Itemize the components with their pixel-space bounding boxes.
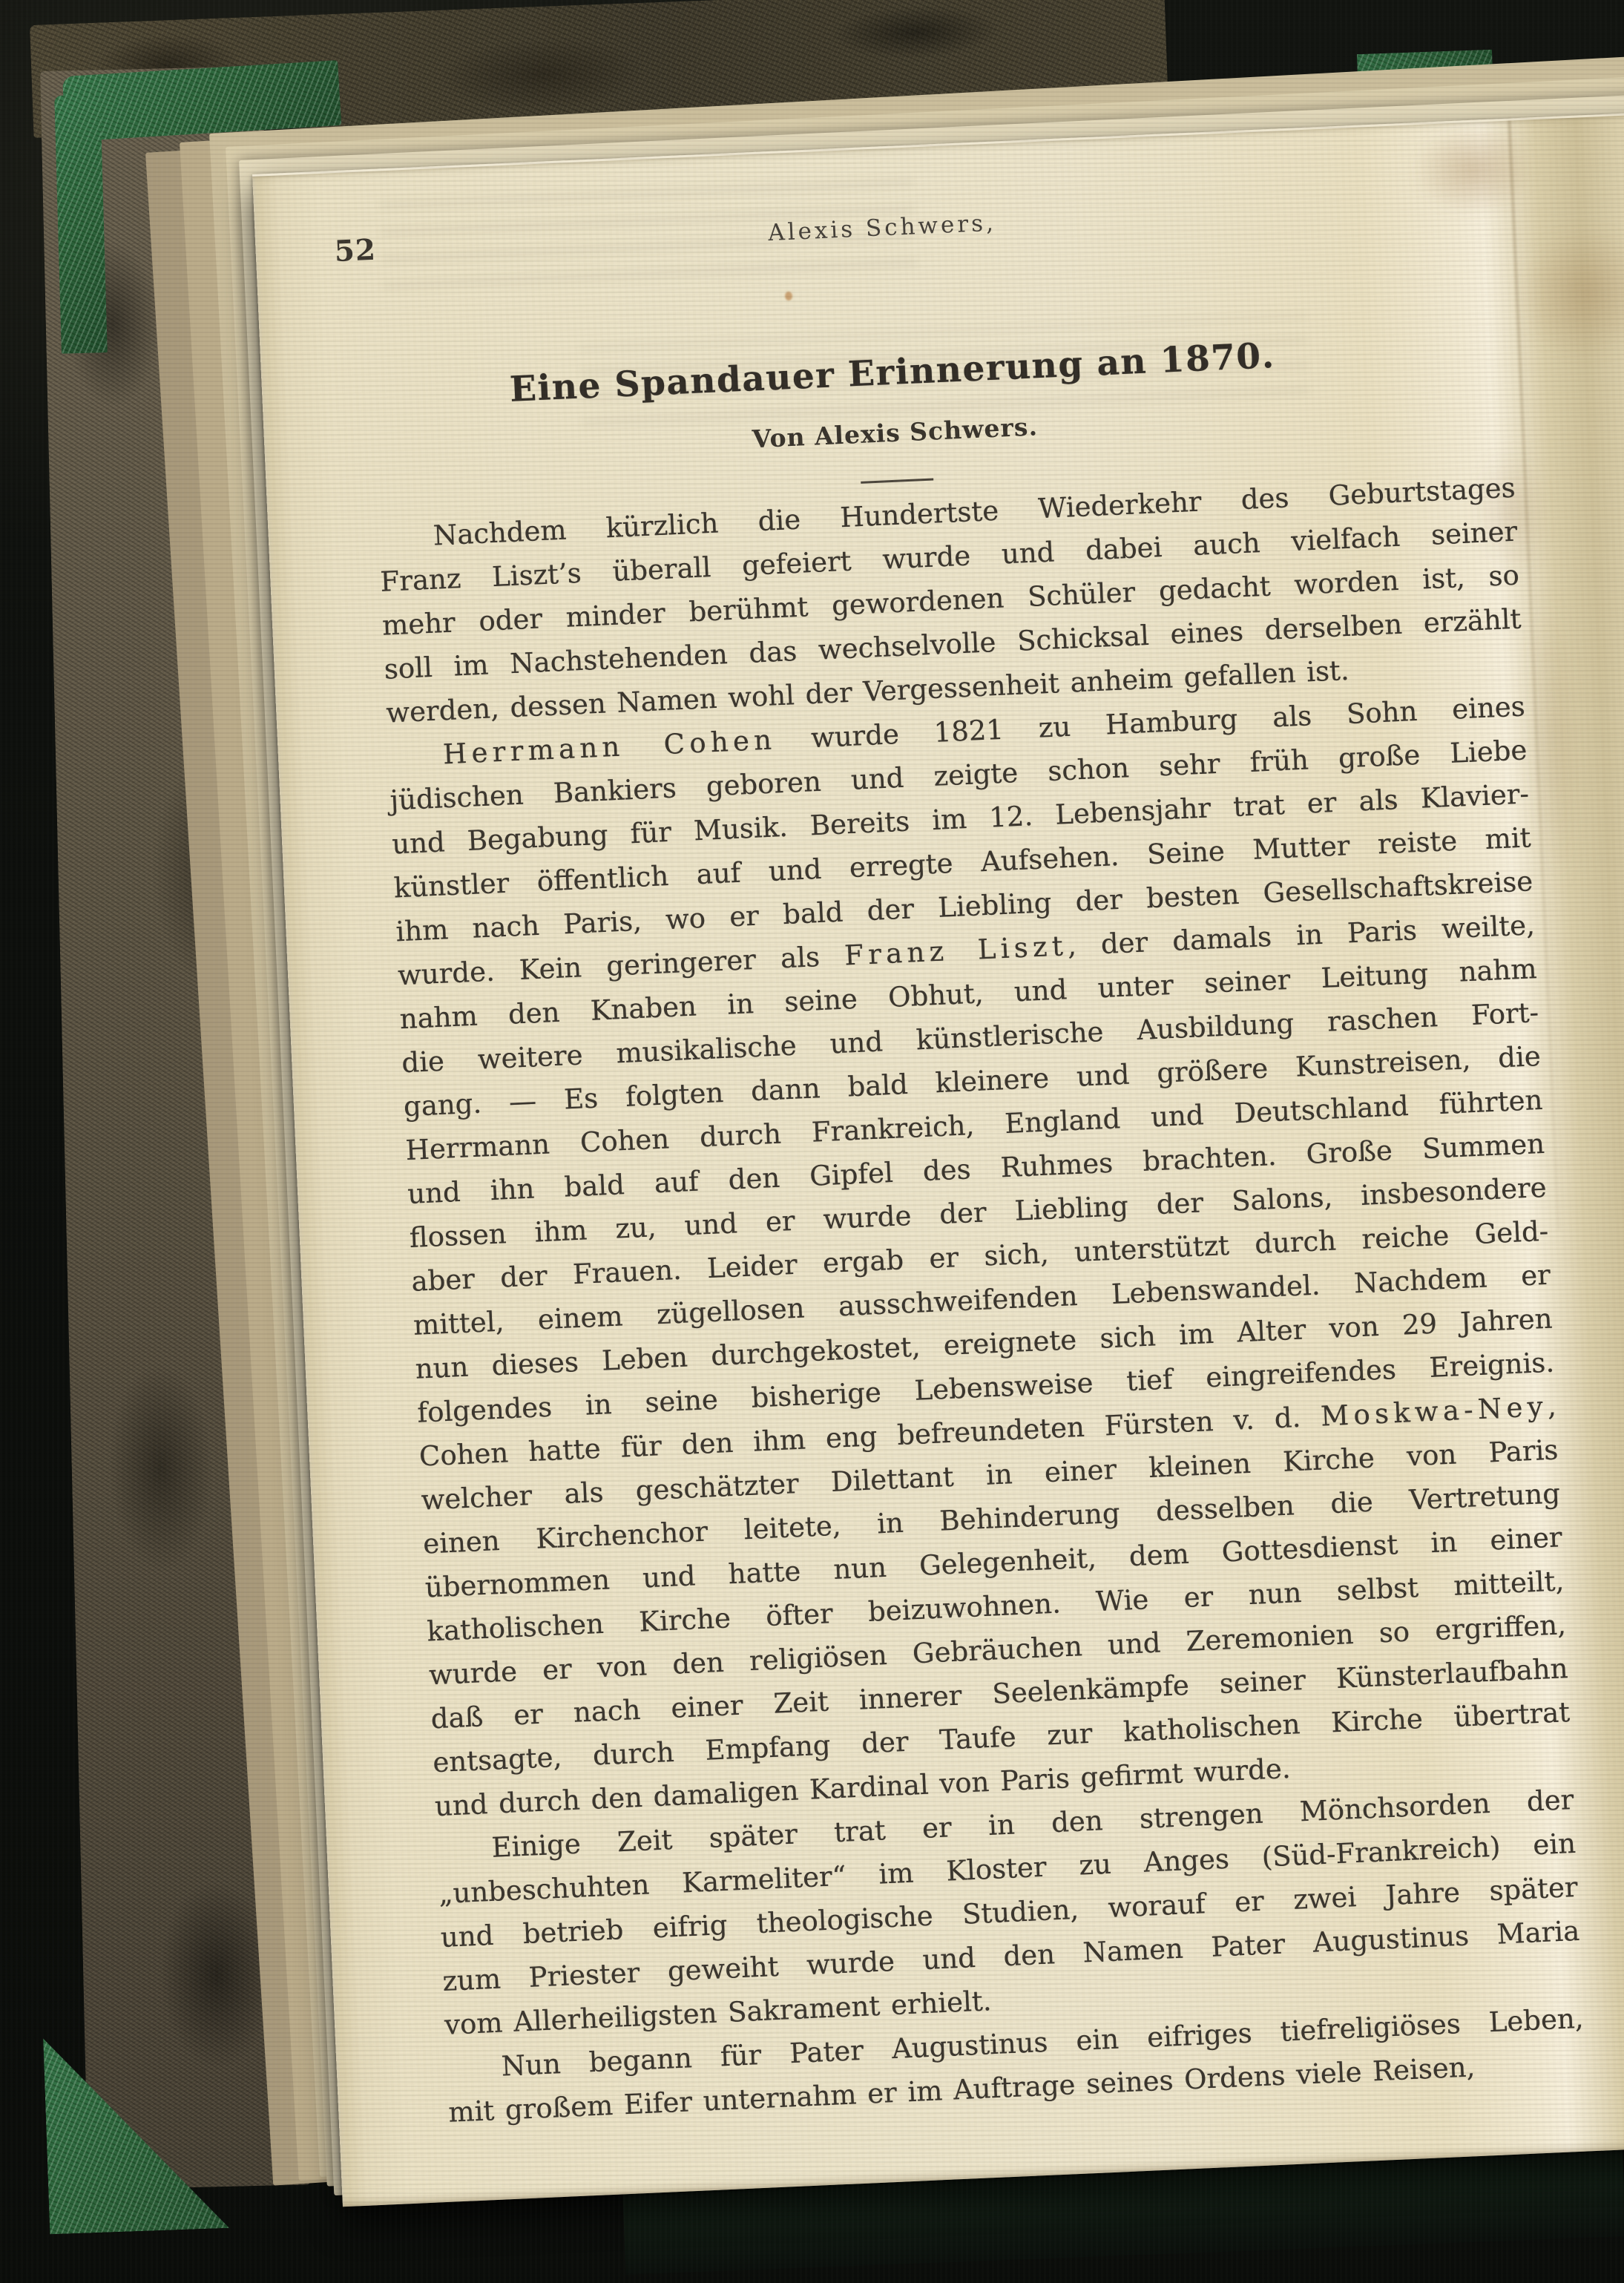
- scanned-book-photo: 52 Alexis Schwers, Eine Spandauer Erinne…: [0, 0, 1624, 2283]
- book-page: 52 Alexis Schwers, Eine Spandauer Erinne…: [252, 108, 1624, 2207]
- title-divider-rule: [861, 479, 933, 484]
- cover-cloth-left-edge: [54, 94, 108, 354]
- text-segment: ,: [1547, 1390, 1557, 1422]
- article-body: Nachdem kürzlich die Hundertste Wiederke…: [378, 466, 1587, 2135]
- running-header: Alexis Schwers,: [315, 189, 1450, 266]
- letterspaced-name: Moskwa-Ney: [1320, 1390, 1548, 1433]
- letterspaced-name: Franz Liszt: [844, 930, 1068, 971]
- page-content: 52 Alexis Schwers, Eine Spandauer Erinne…: [252, 108, 1624, 2207]
